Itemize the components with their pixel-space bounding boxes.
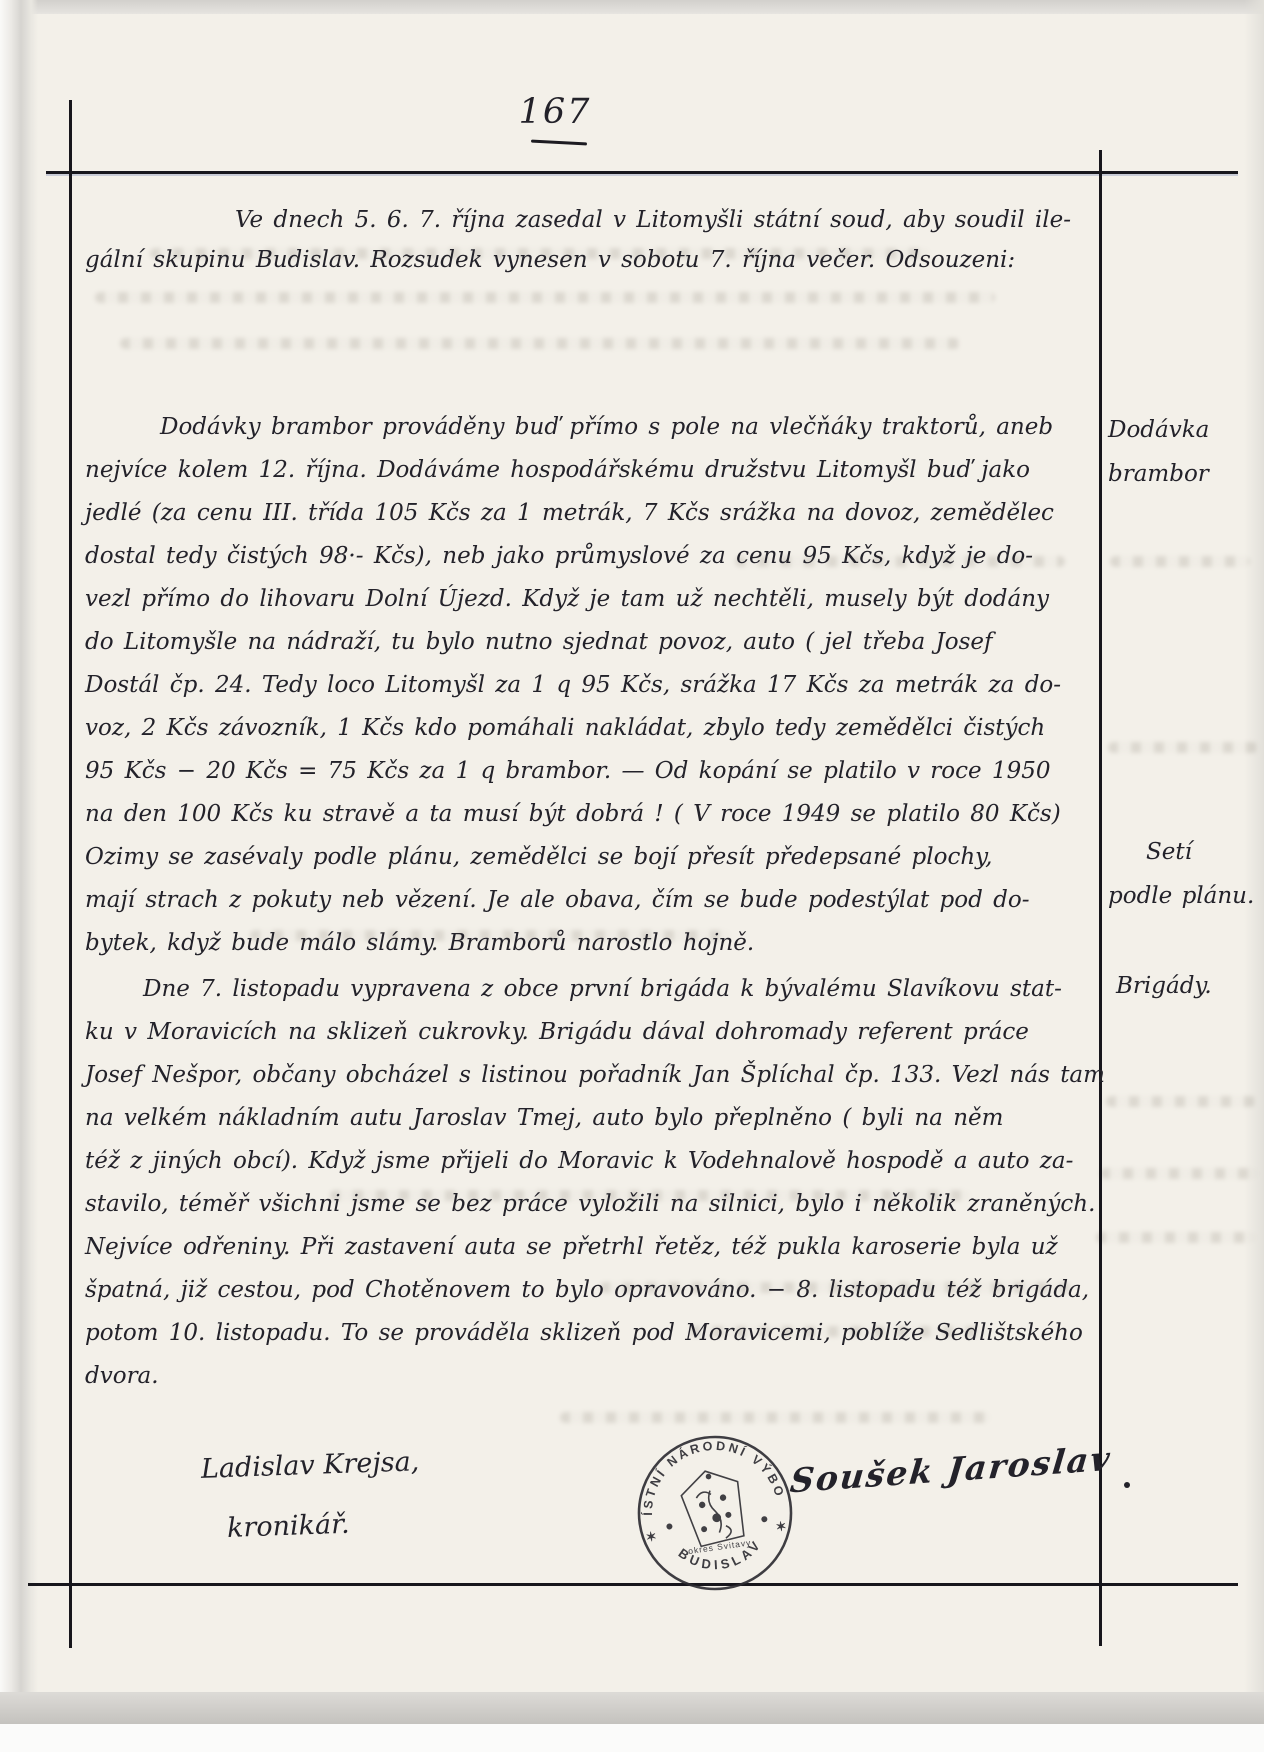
chronicler-signature: Ladislav Krejsa, kronikář.: [200, 1432, 422, 1560]
margin-note-delivery: Dodávka brambor: [1108, 408, 1209, 496]
signature-period: [1124, 1482, 1130, 1488]
text-line: Dne 7. listopadu vypravena z obce první …: [85, 968, 1100, 1011]
text-line: též z jiných obcí). Když jsme přijeli do…: [85, 1140, 1100, 1183]
text-line: dostal tedy čistých 98·- Kčs), neb jako …: [85, 535, 1100, 578]
text-line: Ve dnech 5. 6. 7. října zasedal v Litomy…: [85, 200, 1090, 240]
text-line: Josef Nešpor, občany obcházel s listinou…: [85, 1054, 1100, 1097]
text-line: na velkém nákladním autu Jaroslav Tmej, …: [85, 1097, 1100, 1140]
scan-edge-top: [0, 0, 1264, 14]
left-margin-line: [69, 100, 72, 1648]
bleedthrough-mark: [120, 338, 960, 349]
margin-note-line: brambor: [1108, 452, 1209, 496]
text-line: stavilo, téměř všichni jsme se bez práce…: [85, 1183, 1100, 1226]
brigade-paragraph: Dne 7. listopadu vypravena z obce první …: [85, 968, 1100, 1398]
intro-paragraph: Ve dnech 5. 6. 7. října zasedal v Litomy…: [85, 200, 1090, 280]
book-gutter-shadow: [0, 0, 38, 1752]
text-line: potom 10. listopadu. To se prováděla skl…: [85, 1312, 1100, 1355]
page-number-underline: [531, 140, 587, 146]
bleedthrough-mark: [1100, 1168, 1258, 1179]
page-number: 167: [505, 92, 605, 132]
margin-note-brigades: Brigády.: [1108, 964, 1212, 1008]
text-line: nejvíce kolem 12. října. Dodáváme hospod…: [85, 449, 1100, 492]
document-scan: 167 Ve dnech 5. 6. 7. října zasedal v Li…: [0, 0, 1264, 1752]
text-line: na den 100 Kčs ku stravě a ta musí být d…: [85, 793, 1100, 836]
text-line: bytek, když bude málo slámy. Bramborů na…: [85, 922, 1100, 965]
top-rule-line: [46, 171, 1238, 174]
text-line: ku v Moravicích na sklizeň cukrovky. Bri…: [85, 1011, 1100, 1054]
margin-note-line: Setí: [1108, 830, 1254, 874]
margin-note-line: Dodávka: [1108, 408, 1209, 452]
state-emblem-icon: [677, 1464, 751, 1548]
text-line: Dostál čp. 24. Tedy loco Litomyšl za 1 q…: [85, 664, 1100, 707]
bottom-rule-line: [28, 1583, 1238, 1586]
text-line: Dodávky brambor prováděny buď přímo s po…: [85, 406, 1100, 449]
text-line: špatná, již cestou, pod Chotěnovem to by…: [85, 1269, 1100, 1312]
bleedthrough-mark: [95, 292, 995, 303]
signature-line: kronikář.: [202, 1492, 422, 1560]
signature-line: Ladislav Krejsa,: [200, 1432, 420, 1500]
scan-edge-bottom: [0, 1692, 1264, 1724]
margin-note-line: Brigády.: [1116, 964, 1212, 1008]
margin-note-line: podle plánu.: [1108, 874, 1254, 918]
text-line: do Litomyšle na nádraží, tu bylo nutno s…: [85, 621, 1100, 664]
text-line: voz, 2 Kčs závozník, 1 Kčs kdo pomáhali …: [85, 707, 1100, 750]
text-line: Ozimy se zasévaly podle plánu, zemědělci…: [85, 836, 1100, 879]
official-signature: Soušek Jaroslav: [788, 1439, 1113, 1501]
text-line: vezl přímo do lihovaru Dolní Újezd. Když…: [85, 578, 1100, 621]
text-line: jedlé (za cenu III. třída 105 Kčs za 1 m…: [85, 492, 1100, 535]
text-line: gální skupinu Budislav. Rozsudek vynesen…: [85, 240, 1090, 280]
delivery-paragraph: Dodávky brambor prováděny buď přímo s po…: [85, 406, 1100, 965]
text-line: mají strach z pokuty neb vězení. Je ale …: [85, 879, 1100, 922]
star-icon: ✶: [775, 1518, 788, 1534]
text-line: Nejvíce odřeniny. Při zastavení auta se …: [85, 1226, 1100, 1269]
stamp-ornament-dot: [666, 1523, 673, 1530]
margin-note-sowing: Setí podle plánu.: [1108, 830, 1254, 918]
bleedthrough-mark: [1096, 1232, 1256, 1243]
text-line: 95 Kčs − 20 Kčs = 75 Kčs za 1 q brambor.…: [85, 750, 1100, 793]
text-line: dvora.: [85, 1355, 1100, 1398]
bleedthrough-mark: [1110, 556, 1250, 567]
bleedthrough-mark: [1106, 1096, 1256, 1107]
bleedthrough-mark: [1108, 742, 1258, 753]
scan-edge-bottom-white: [0, 1724, 1264, 1752]
star-icon: ✶: [645, 1528, 658, 1544]
stamp-ornament-dot: [761, 1516, 768, 1523]
official-stamp: MÍSTNÍ NÁRODNÍ VÝBOR BUDISLAV okres Svit…: [619, 1417, 811, 1609]
